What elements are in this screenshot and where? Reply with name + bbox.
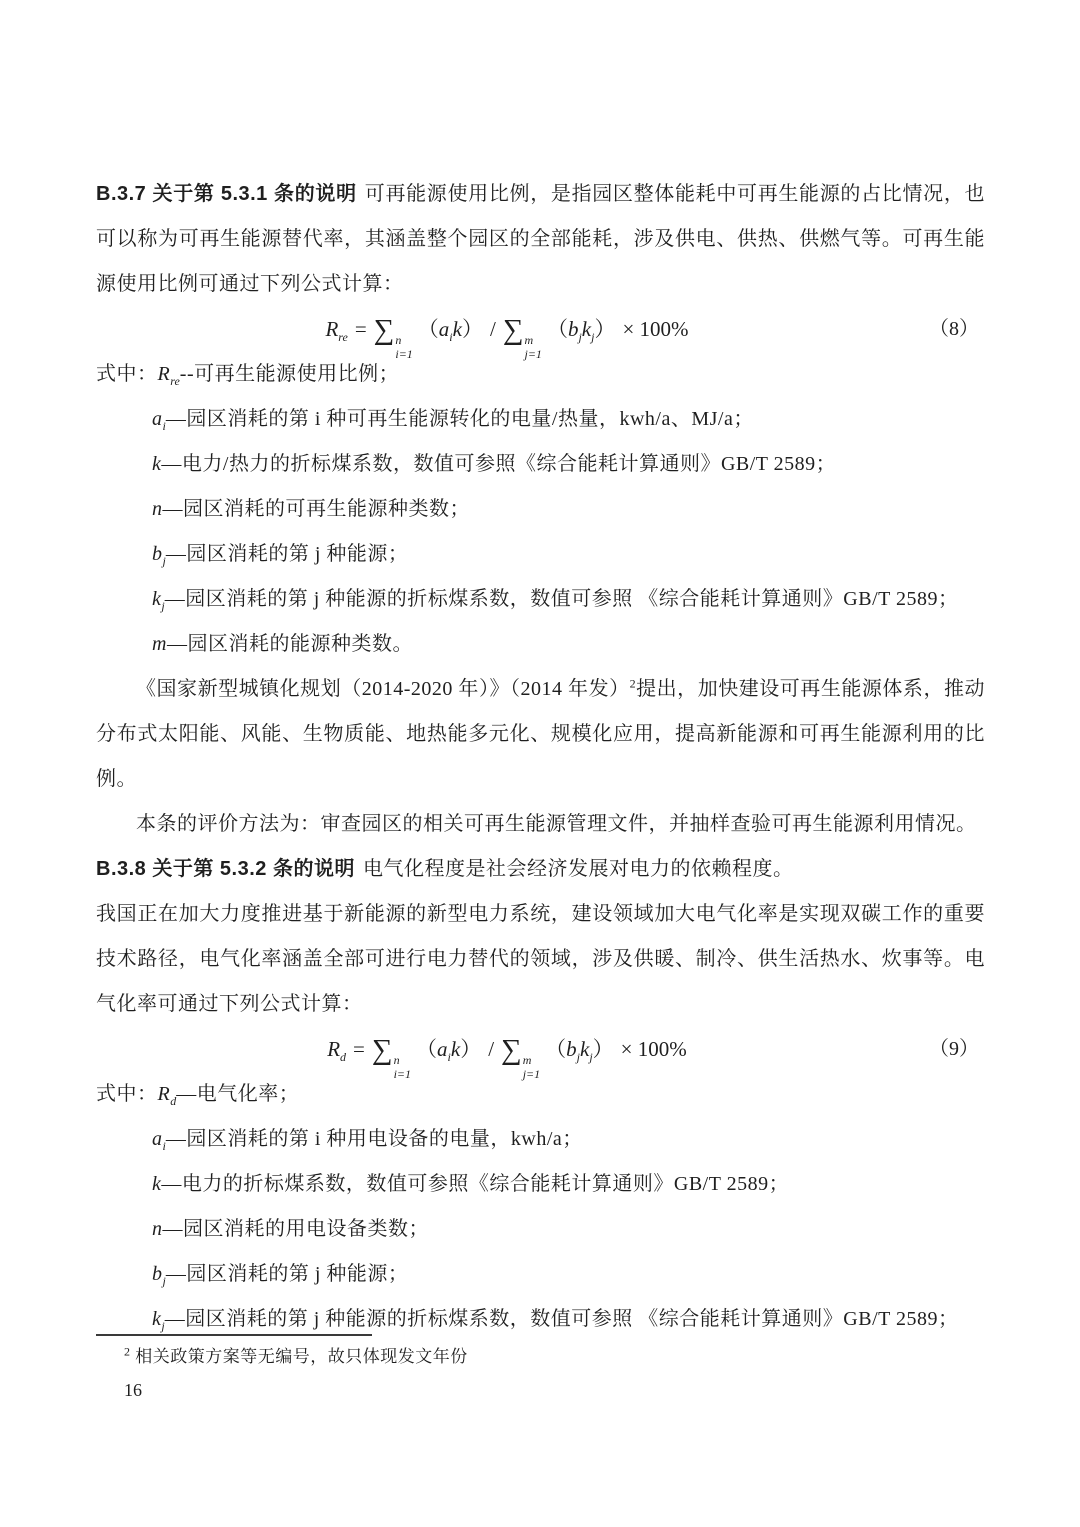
sigma-upper-limit: n: [395, 334, 412, 348]
where-var: R: [158, 1083, 171, 1105]
var-a: a: [437, 1037, 448, 1061]
def-text: —园区消耗的第 i 种用电设备的电量，kwh/a；: [166, 1128, 583, 1150]
where-var: R: [158, 363, 171, 385]
paragraph-b38: B.3.8 关于第 5.3.2 条的说明电气化程度是社会经济发展对电力的依赖程度…: [96, 847, 985, 892]
close-paren: ）: [594, 317, 615, 341]
open-paren: （: [418, 317, 439, 341]
formula8-lhs: R: [325, 317, 338, 341]
def-text: —电力/热力的折标煤系数，数值可参照《综合能耗计算通则》GB/T 2589；: [161, 453, 836, 475]
open-paren: （: [547, 317, 568, 341]
method-text: 本条的评价方法为：审查园区的相关可再生能源管理文件，并抽样查验可再生能源利用情况…: [136, 813, 977, 835]
def-text: —园区消耗的第 j 种能源；: [166, 1263, 409, 1285]
footnote-marker: 2: [124, 1344, 131, 1358]
times-100-percent: × 100%: [622, 317, 688, 341]
formula-9-number: （9）: [929, 1027, 979, 1072]
section-b37-heading: B.3.7 关于第 5.3.1 条的说明: [96, 183, 357, 205]
paragraph-b38-body: 我国正在加大力度推进基于新能源的新型电力系统，建设领域加大电气化率是实现双碳工作…: [96, 892, 985, 1027]
sigma-symbol: ∑: [503, 314, 524, 346]
divide-sign: /: [488, 1037, 494, 1061]
definition-item: bj—园区消耗的第 j 种能源；: [152, 1252, 985, 1297]
paragraph-policy: 《国家新型城镇化规划（2014-2020 年）》（2014 年发）2提出，加快建…: [96, 667, 985, 802]
sigma-upper-limit: m: [525, 334, 542, 348]
sigma-symbol: ∑: [374, 314, 395, 346]
definition-item: k—电力/热力的折标煤系数，数值可参照《综合能耗计算通则》GB/T 2589；: [152, 442, 985, 487]
definition-item: n—园区消耗的可再生能源种类数；: [152, 487, 985, 532]
def-text: —园区消耗的用电设备类数；: [163, 1218, 430, 1240]
where-dash: —: [176, 1083, 197, 1105]
def-var: a: [152, 1128, 163, 1150]
sigma-limits: mj=1: [525, 334, 542, 362]
paragraph-method: 本条的评价方法为：审查园区的相关可再生能源管理文件，并抽样查验可再生能源利用情况…: [96, 802, 985, 847]
policy-text-before: 《国家新型城镇化规划（2014-2020 年）》（2014 年发）: [136, 678, 630, 700]
sigma-limits: ni=1: [395, 334, 412, 362]
section-b38-intro: 电气化程度是社会经济发展对电力的依赖程度。: [363, 858, 794, 880]
formula8-lhs-subscript: re: [338, 330, 348, 344]
where-prefix: 式中：: [96, 1083, 158, 1105]
footnote-separator: [96, 1334, 372, 1336]
definition-item: ai—园区消耗的第 i 种可再生能源转化的电量/热量，kwh/a、MJ/a；: [152, 397, 985, 442]
sigma-symbol: ∑: [372, 1034, 393, 1066]
formula9-lhs-subscript: d: [340, 1050, 346, 1064]
equals-sign: =: [353, 1037, 365, 1061]
times-100-percent: × 100%: [621, 1037, 687, 1061]
var-k: k: [582, 317, 591, 341]
close-paren: ）: [593, 1037, 614, 1061]
sigma-limits: ni=1: [394, 1054, 411, 1082]
def-text: —园区消耗的能源种类数。: [167, 633, 413, 655]
definition-item: kj—园区消耗的第 j 种能源的折标煤系数，数值可参照 《综合能耗计算通则》GB…: [152, 577, 985, 622]
page-number: 16: [96, 1380, 796, 1401]
definition-item: n—园区消耗的用电设备类数；: [152, 1207, 985, 1252]
formula-9: Rd=∑ni=1（aik）/∑mj=1（bjkj）× 100% （9）: [96, 1027, 985, 1072]
divide-sign: /: [490, 317, 496, 341]
def-var: k: [152, 588, 161, 610]
where-var-subscript: re: [170, 374, 180, 388]
sigma-lower-limit: i=1: [394, 1068, 411, 1082]
def-var: a: [152, 408, 163, 430]
equals-sign: =: [355, 317, 367, 341]
def-var: k: [152, 453, 161, 475]
where-desc: 电气化率；: [197, 1083, 300, 1105]
sigma-symbol: ∑: [501, 1034, 522, 1066]
var-a: a: [439, 317, 450, 341]
sigma-limits: mj=1: [523, 1054, 540, 1082]
sigma-upper-limit: n: [394, 1054, 411, 1068]
var-b: b: [568, 317, 579, 341]
def-text: —园区消耗的第 j 种能源的折标煤系数，数值可参照 《综合能耗计算通则》GB/T…: [165, 1308, 959, 1330]
var-k: k: [453, 317, 462, 341]
def-var: b: [152, 1263, 163, 1285]
section-b38-heading: B.3.8 关于第 5.3.2 条的说明: [96, 858, 355, 880]
page-footer: 2 相关政策方案等无编号，故只体现发文年份 16: [96, 1334, 796, 1401]
document-page: B.3.7 关于第 5.3.1 条的说明可再能源使用比例，是指园区整体能耗中可再…: [0, 0, 1080, 1527]
def-var: n: [152, 498, 163, 520]
def-text: —园区消耗的可再生能源种类数；: [163, 498, 471, 520]
formula-8-number: （8）: [929, 307, 979, 352]
def-var: n: [152, 1218, 163, 1240]
footnote: 2 相关政策方案等无编号，故只体现发文年份: [96, 1346, 796, 1368]
document-body: B.3.7 关于第 5.3.1 条的说明可再能源使用比例，是指园区整体能耗中可再…: [96, 172, 985, 1342]
formula-9-expression: Rd=∑ni=1（aik）/∑mj=1（bjkj）× 100%: [327, 1027, 694, 1082]
definition-item: ai—园区消耗的第 i 种用电设备的电量，kwh/a；: [152, 1117, 985, 1162]
where-desc: 可再生能源使用比例；: [194, 363, 399, 385]
open-paren: （: [545, 1037, 566, 1061]
footnote-text: 相关政策方案等无编号，故只体现发文年份: [135, 1347, 468, 1366]
definition-item: bj—园区消耗的第 j 种能源；: [152, 532, 985, 577]
formula-8-expression: Rre=∑ni=1（aik）/∑mj=1（bjkj）× 100%: [325, 307, 695, 362]
close-paren: ）: [460, 1037, 481, 1061]
formula-8: Rre=∑ni=1（aik）/∑mj=1（bjkj）× 100% （8）: [96, 307, 985, 352]
sigma-lower-limit: j=1: [525, 348, 542, 362]
sigma-lower-limit: i=1: [395, 348, 412, 362]
sigma-lower-limit: j=1: [523, 1068, 540, 1082]
open-paren: （: [416, 1037, 437, 1061]
formula9-lhs: R: [327, 1037, 340, 1061]
def-var: k: [152, 1173, 161, 1195]
var-k: k: [451, 1037, 460, 1061]
where-dash: --: [180, 363, 194, 385]
definition-item: k—电力的折标煤系数，数值可参照《综合能耗计算通则》GB/T 2589；: [152, 1162, 985, 1207]
def-var: b: [152, 543, 163, 565]
where-prefix: 式中：: [96, 363, 158, 385]
var-k: k: [580, 1037, 589, 1061]
def-var: k: [152, 1308, 161, 1330]
def-text: —电力的折标煤系数，数值可参照《综合能耗计算通则》GB/T 2589；: [161, 1173, 789, 1195]
close-paren: ）: [462, 317, 483, 341]
def-text: —园区消耗的第 j 种能源；: [166, 543, 409, 565]
b38-body-text: 我国正在加大力度推进基于新能源的新型电力系统，建设领域加大电气化率是实现双碳工作…: [96, 903, 985, 1015]
definition-item: m—园区消耗的能源种类数。: [152, 622, 985, 667]
sigma-upper-limit: m: [523, 1054, 540, 1068]
def-text: —园区消耗的第 i 种可再生能源转化的电量/热量，kwh/a、MJ/a；: [166, 408, 754, 430]
var-b: b: [566, 1037, 577, 1061]
def-text: —园区消耗的第 j 种能源的折标煤系数，数值可参照 《综合能耗计算通则》GB/T…: [165, 588, 959, 610]
def-var: m: [152, 633, 167, 655]
paragraph-b37: B.3.7 关于第 5.3.1 条的说明可再能源使用比例，是指园区整体能耗中可再…: [96, 172, 985, 307]
